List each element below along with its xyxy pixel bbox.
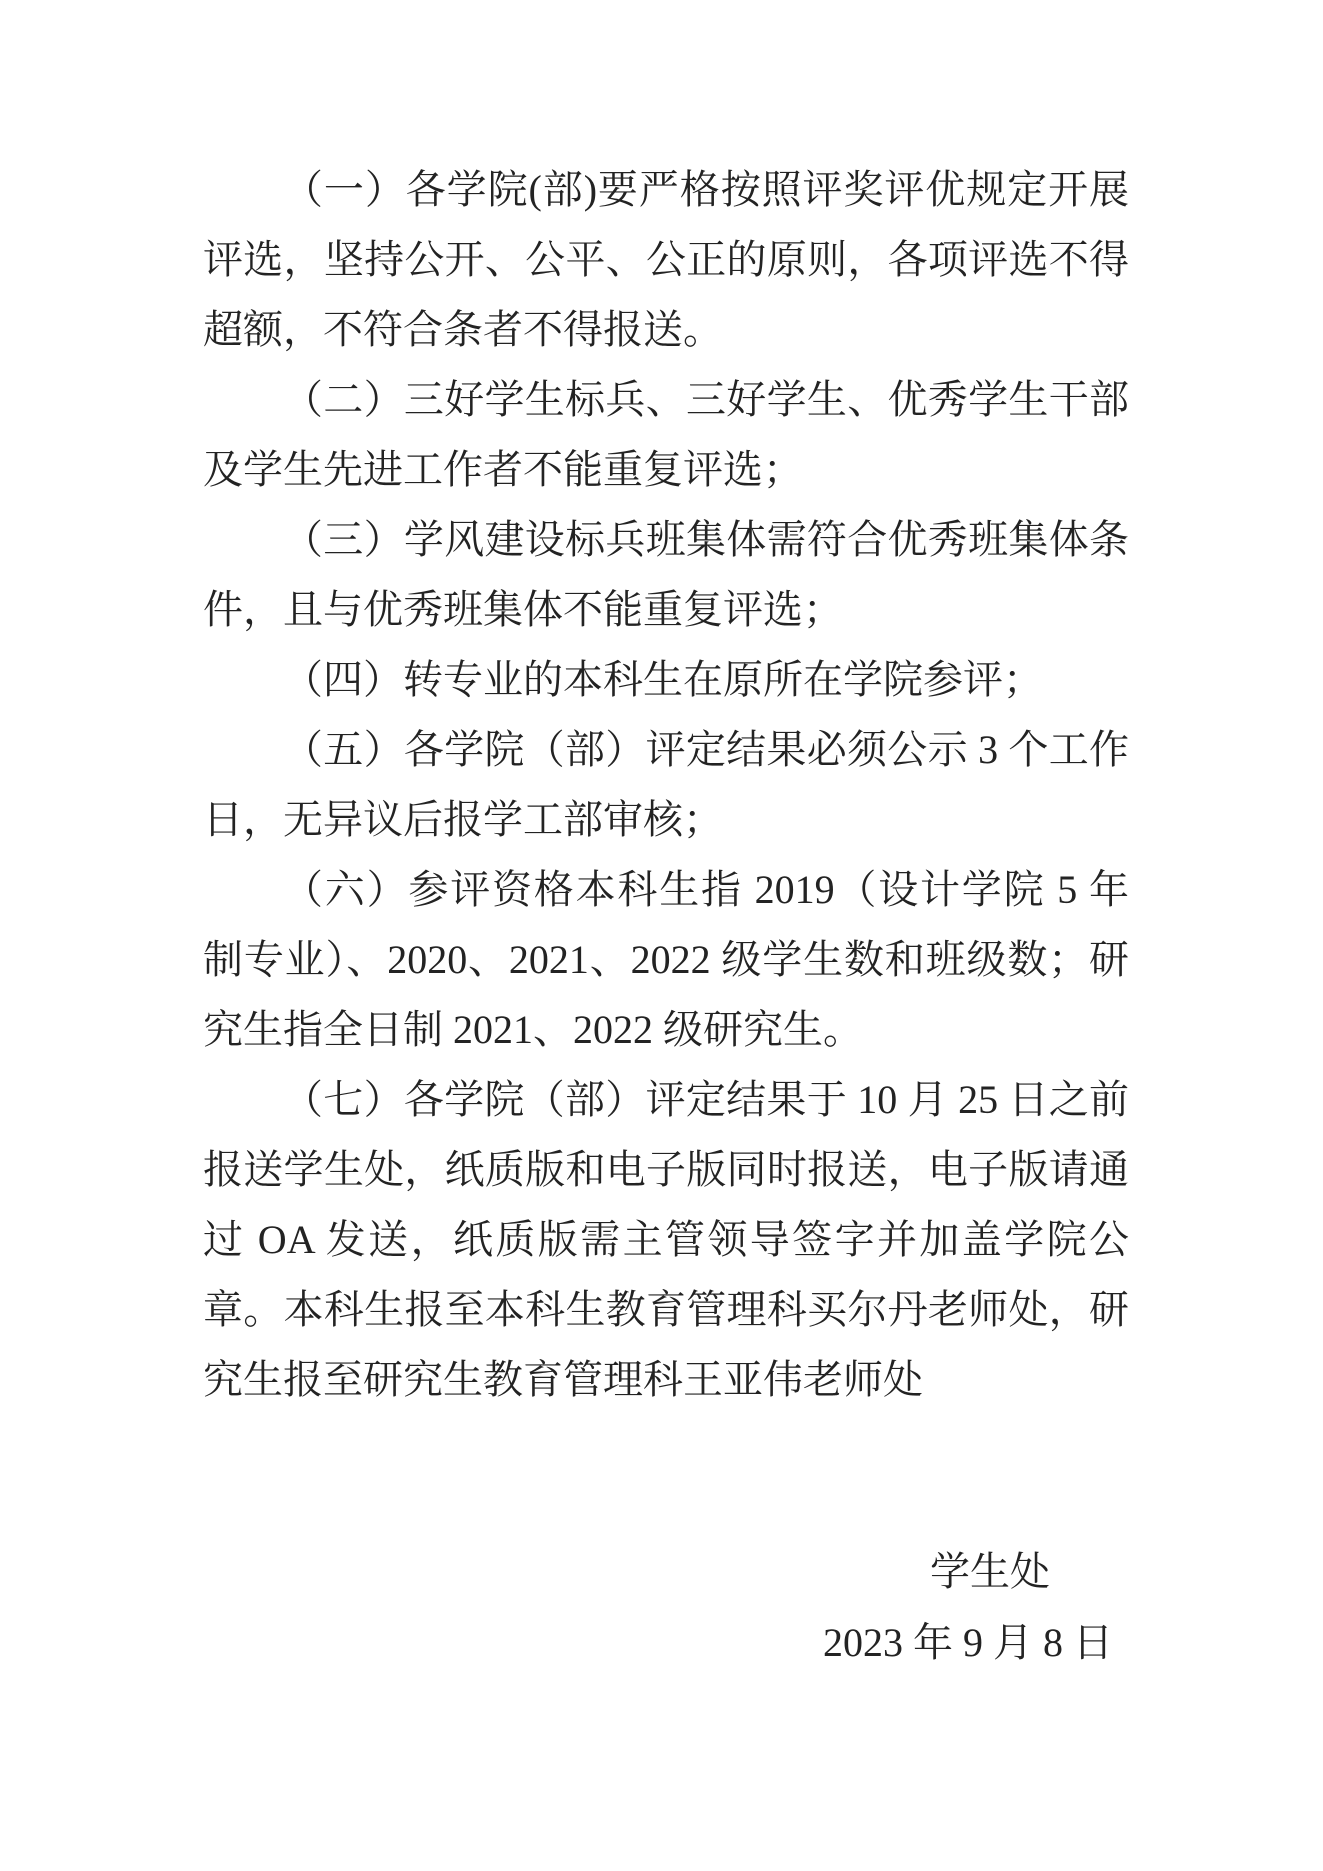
paragraph-3: （三）学风建设标兵班集体需符合优秀班集体条件，且与优秀班集体不能重复评选； bbox=[203, 505, 1129, 645]
document-body: （一）各学院(部)要严格按照评奖评优规定开展评选，坚持公开、公平、公正的原则，各… bbox=[203, 155, 1129, 1415]
paragraph-7: （七）各学院（部）评定结果于 10 月 25 日之前报送学生处，纸质版和电子版同… bbox=[203, 1065, 1129, 1415]
paragraph-5: （五）各学院（部）评定结果必须公示 3 个工作日，无异议后报学工部审核； bbox=[203, 715, 1129, 855]
paragraph-6: （六）参评资格本科生指 2019（设计学院 5 年制专业）、2020、2021、… bbox=[203, 855, 1129, 1065]
paragraph-2: （二）三好学生标兵、三好学生、优秀学生干部及学生先进工作者不能重复评选； bbox=[203, 365, 1129, 505]
paragraph-1: （一）各学院(部)要严格按照评奖评优规定开展评选，坚持公开、公平、公正的原则，各… bbox=[203, 155, 1129, 365]
signature-org: 学生处 bbox=[930, 1537, 1050, 1607]
paragraph-4: （四）转专业的本科生在原所在学院参评； bbox=[203, 645, 1129, 715]
signature-date: 2023 年 9 月 8 日 bbox=[823, 1608, 1113, 1678]
document-page: （一）各学院(部)要严格按照评奖评优规定开展评选，坚持公开、公平、公正的原则，各… bbox=[0, 0, 1323, 1871]
